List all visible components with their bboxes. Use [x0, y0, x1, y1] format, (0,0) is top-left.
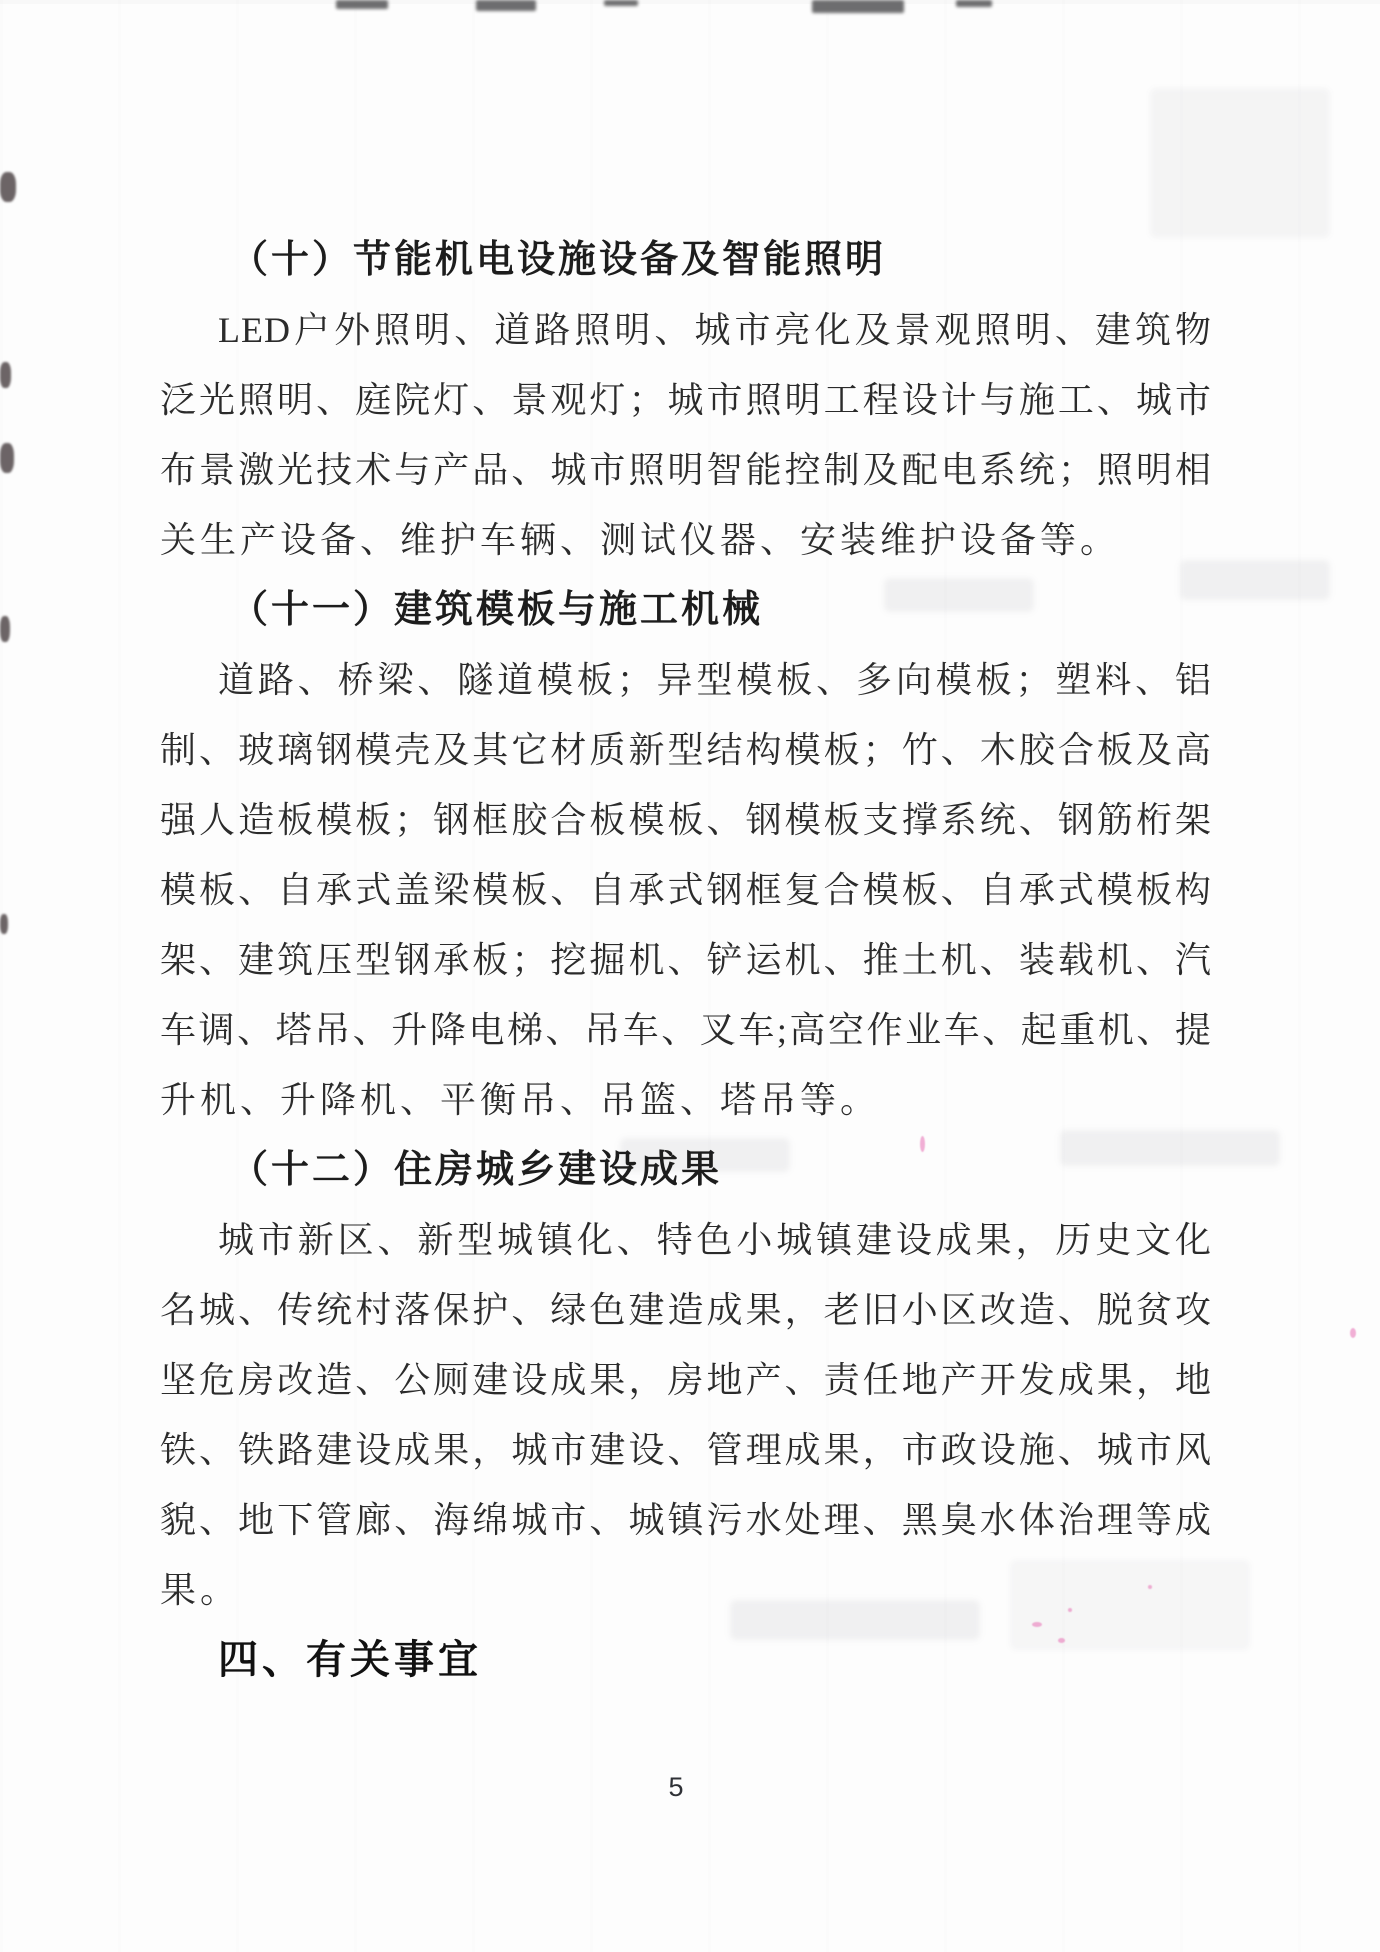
body-line: 坚危房改造、公厕建设成果，房地产、责任地产开发成果，地 [160, 1345, 1212, 1415]
page-number: 5 [616, 1772, 736, 1803]
left-edge-mark [0, 172, 16, 202]
body-line: 强人造板模板；钢框胶合板模板、钢模板支撑系统、钢筋桁架 [160, 785, 1212, 855]
body-line: 制、玻璃钢模壳及其它材质新型结构模板；竹、木胶合板及高 [160, 715, 1212, 785]
body-line: 架、建筑压型钢承板；挖掘机、铲运机、推土机、装载机、汽 [160, 925, 1212, 995]
top-edge-smudge [956, 0, 992, 7]
body-line: 貌、地下管廊、海绵城市、城镇污水处理、黑臭水体治理等成 [160, 1485, 1212, 1555]
chapter-heading-4: 四、有关事宜 [160, 1625, 1212, 1695]
body-line: 泛光照明、庭院灯、景观灯；城市照明工程设计与施工、城市 [160, 365, 1212, 435]
body-line: 布景激光技术与产品、城市照明智能控制及配电系统；照明相 [160, 435, 1212, 505]
body-line: LED户外照明、道路照明、城市亮化及景观照明、建筑物 [160, 295, 1212, 365]
body-line: 关生产设备、维护车辆、测试仪器、安装维护设备等。 [160, 505, 1212, 575]
bleed-through-patch [1150, 88, 1330, 238]
top-edge-smudge [336, 0, 388, 9]
body-line: 名城、传统村落保护、绿色建造成果，老旧小区改造、脱贫攻 [160, 1275, 1212, 1345]
section-heading-10: （十）节能机电设施设备及智能照明 [160, 225, 1212, 295]
top-edge-smudge [604, 0, 638, 6]
left-edge-mark [0, 443, 14, 473]
body-line: 升机、升降机、平衡吊、吊篮、塔吊等。 [160, 1065, 1212, 1135]
left-edge-mark [0, 616, 10, 642]
body-line: 城市新区、新型城镇化、特色小城镇建设成果，历史文化 [160, 1205, 1212, 1275]
body-line: 铁、铁路建设成果，城市建设、管理成果，市政设施、城市风 [160, 1415, 1212, 1485]
body-line: 车调、塔吊、升降电梯、吊车、叉车;高空作业车、起重机、提 [160, 995, 1212, 1065]
left-edge-mark [0, 362, 11, 388]
body-line: 道路、桥梁、隧道模板；异型模板、多向模板；塑料、铝 [160, 645, 1212, 715]
top-edge-smudge [812, 0, 904, 13]
section-heading-12: （十二）住房城乡建设成果 [160, 1135, 1212, 1205]
left-edge-mark [0, 914, 8, 934]
pink-speck [1350, 1328, 1356, 1338]
document-body: （十）节能机电设施设备及智能照明 LED户外照明、道路照明、城市亮化及景观照明、… [160, 225, 1212, 1695]
section-heading-11: （十一）建筑模板与施工机械 [160, 575, 1212, 645]
body-line: 模板、自承式盖梁模板、自承式钢框复合模板、自承式模板构 [160, 855, 1212, 925]
top-edge-smudge [476, 0, 536, 11]
body-line: 果。 [160, 1555, 1212, 1625]
